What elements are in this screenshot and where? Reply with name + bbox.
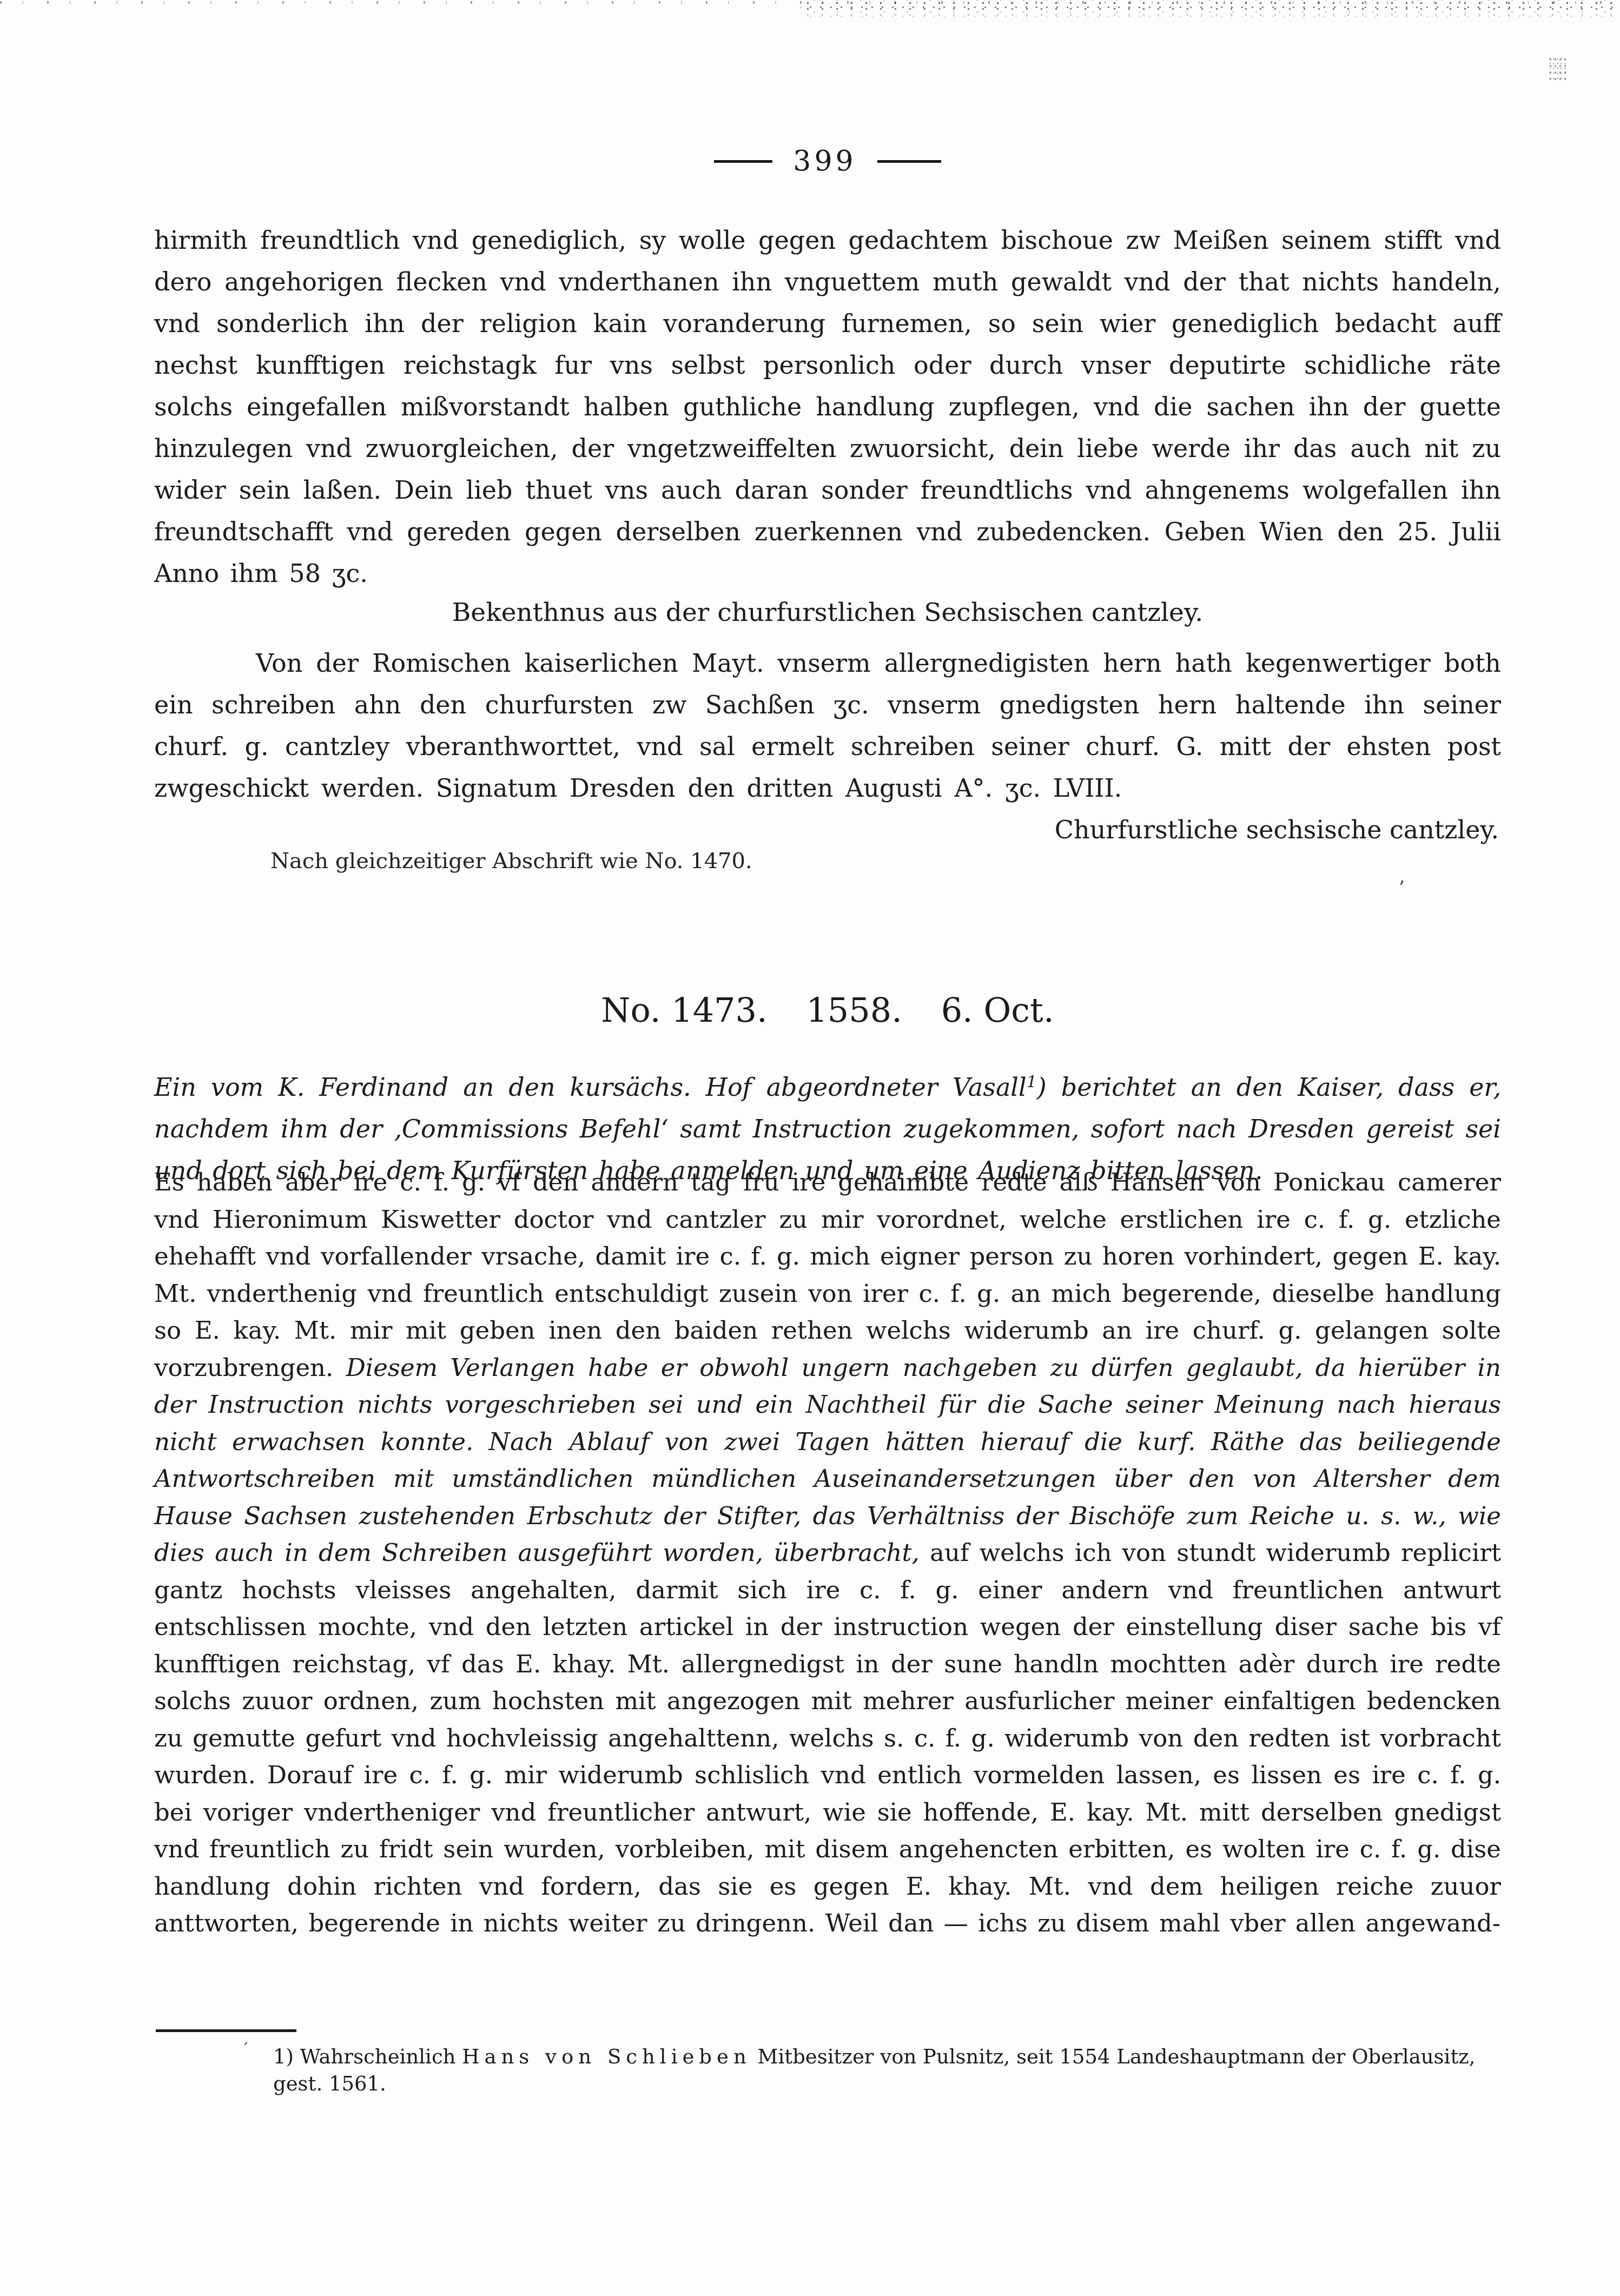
- footnote-reference-marker: 1: [1027, 1073, 1037, 1091]
- document-date: 6. Oct.: [941, 990, 1054, 1030]
- header-right-rule: [877, 160, 941, 163]
- scan-stray-mark: ´: [241, 2040, 249, 2058]
- header-left-rule: [714, 160, 772, 163]
- report-italic: Diesem Verlangen habe er obwohl ungern n…: [154, 1353, 1501, 1567]
- document-heading: No. 1473. 1558. 6. Oct.: [154, 989, 1501, 1032]
- document-number: No. 1473.: [601, 990, 767, 1030]
- document-year: 1558.: [806, 990, 902, 1030]
- source-note: Nach gleichzeitiger Abschrift wie No. 14…: [270, 847, 752, 875]
- summary-part1: Ein vom K. Ferdinand an den kursächs. Ho…: [154, 1073, 1027, 1102]
- page-header: 399: [154, 145, 1501, 177]
- report-roman-2: auf welchs ich von stundt widerumb repli…: [154, 1538, 1501, 1937]
- signature-line: Churfurstliche sechsische cantzley.: [154, 813, 1501, 846]
- footnote-person-name: Hans von Schlieben: [462, 2045, 751, 2068]
- footnote-rule: [156, 2029, 296, 2032]
- report-paragraph: Es haben aber ire c. f. g. vf den andern…: [154, 1164, 1501, 1942]
- scan-noise-top-right: [801, 0, 1620, 23]
- scan-stray-mark: ’: [1399, 877, 1405, 899]
- letter-paragraph: hirmith freundtlich vnd genediglich, sy …: [154, 220, 1501, 594]
- footnote-marker: 1): [273, 2045, 294, 2068]
- footnote: 1) Wahrscheinlich Hans von Schlieben Mit…: [273, 2043, 1512, 2098]
- cantzley-paragraph: Von der Romischen kaiserlichen Mayt. vns…: [154, 643, 1501, 809]
- page-number: 399: [793, 145, 856, 177]
- scan-smudge: [1548, 56, 1566, 81]
- scanned-book-page: ’ ´ 399 hirmith freundtlich vnd genedigl…: [0, 0, 1620, 2296]
- section-heading-bekenthnus: Bekenthnus aus der churfurstlichen Sechs…: [154, 592, 1501, 633]
- report-roman-1: Es haben aber ire c. f. g. vf den andern…: [154, 1168, 1501, 1382]
- footnote-lead: Wahrscheinlich: [294, 2045, 462, 2068]
